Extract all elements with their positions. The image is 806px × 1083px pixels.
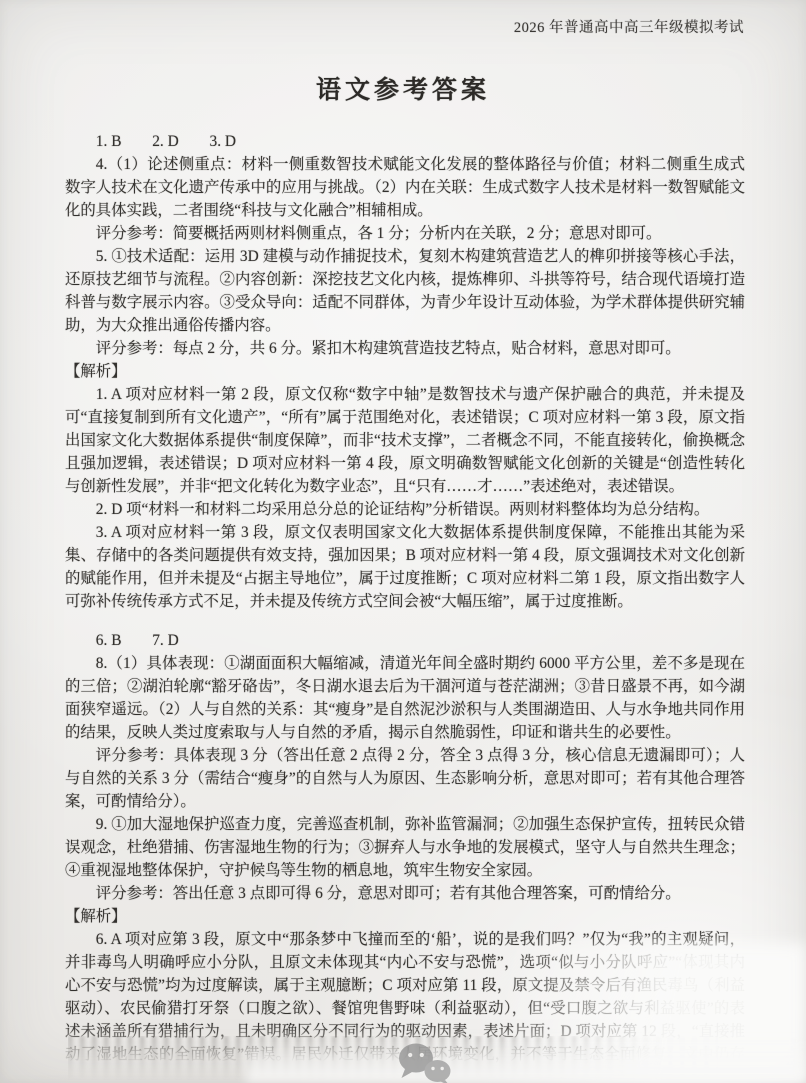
analysis-item-1: 1. A 项对应材料一第 2 段，原文仅称“数字中轴”是数智技术与遗产保护融合的… bbox=[65, 383, 745, 498]
document-page: 2026 年普通高中高三年级模拟考试 语文参考答案 1. B 2. D 3. D… bbox=[0, 0, 806, 1083]
exam-header: 2026 年普通高中高三年级模拟考试 bbox=[514, 16, 744, 37]
answers-line-1: 1. B 2. D 3. D bbox=[65, 130, 745, 153]
question-4-answer: 4.（1）论述侧重点：材料一侧重数智技术赋能文化发展的整体路径与价值；材料二侧重… bbox=[65, 153, 745, 222]
question-5-scoring-note: 评分参考：每点 2 分，共 6 分。紧扣木构建筑营造技艺特点，贴合材料，意思对即… bbox=[65, 337, 745, 360]
analysis-section-label-2: 【解析】 bbox=[65, 905, 745, 928]
question-9-scoring-note: 评分参考：答出任意 3 点即可得 6 分，意思对即可；若有其他合理答案，可酌情给… bbox=[65, 882, 745, 905]
answer-key-body: 1. B 2. D 3. D 4.（1）论述侧重点：材料一侧重数智技术赋能文化发… bbox=[65, 130, 745, 1083]
analysis-item-2: 2. D 项“材料一和材料二均采用总分总的论证结构”分析错误。两则材料整体均为总… bbox=[65, 498, 745, 521]
question-9-answer: 9. ①加大湿地保护巡查力度，完善巡查机制，弥补监管漏洞；②加强生态保护宣传，扭… bbox=[65, 813, 745, 882]
bottom-edge-flare bbox=[246, 1037, 806, 1083]
answers-line-2: 6. B 7. D bbox=[65, 629, 745, 652]
question-8-scoring-note: 评分参考：具体表现 3 分（答出任意 2 点得 2 分，答全 3 点得 3 分，… bbox=[65, 744, 745, 813]
wechat-logo-icon bbox=[396, 1042, 452, 1083]
question-8-answer: 8.（1）具体表现：①湖面面积大幅缩减，清道光年间全盛时期约 6000 平方公里… bbox=[65, 652, 745, 744]
analysis-item-3: 3. A 项对应材料一第 3 段，原文仅表明国家文化大数据体系提供制度保障，不能… bbox=[65, 521, 745, 613]
analysis-section-label-1: 【解析】 bbox=[65, 360, 745, 383]
question-4-scoring-note: 评分参考：简要概括两则材料侧重点，各 1 分；分析内在关联，2 分；意思对即可。 bbox=[65, 222, 745, 245]
page-title: 语文参考答案 bbox=[0, 70, 806, 106]
question-5-answer: 5. ①技术适配：运用 3D 建模与动作捕捉技术，复刻木构建筑营造艺人的榫卯拼接… bbox=[65, 245, 745, 337]
